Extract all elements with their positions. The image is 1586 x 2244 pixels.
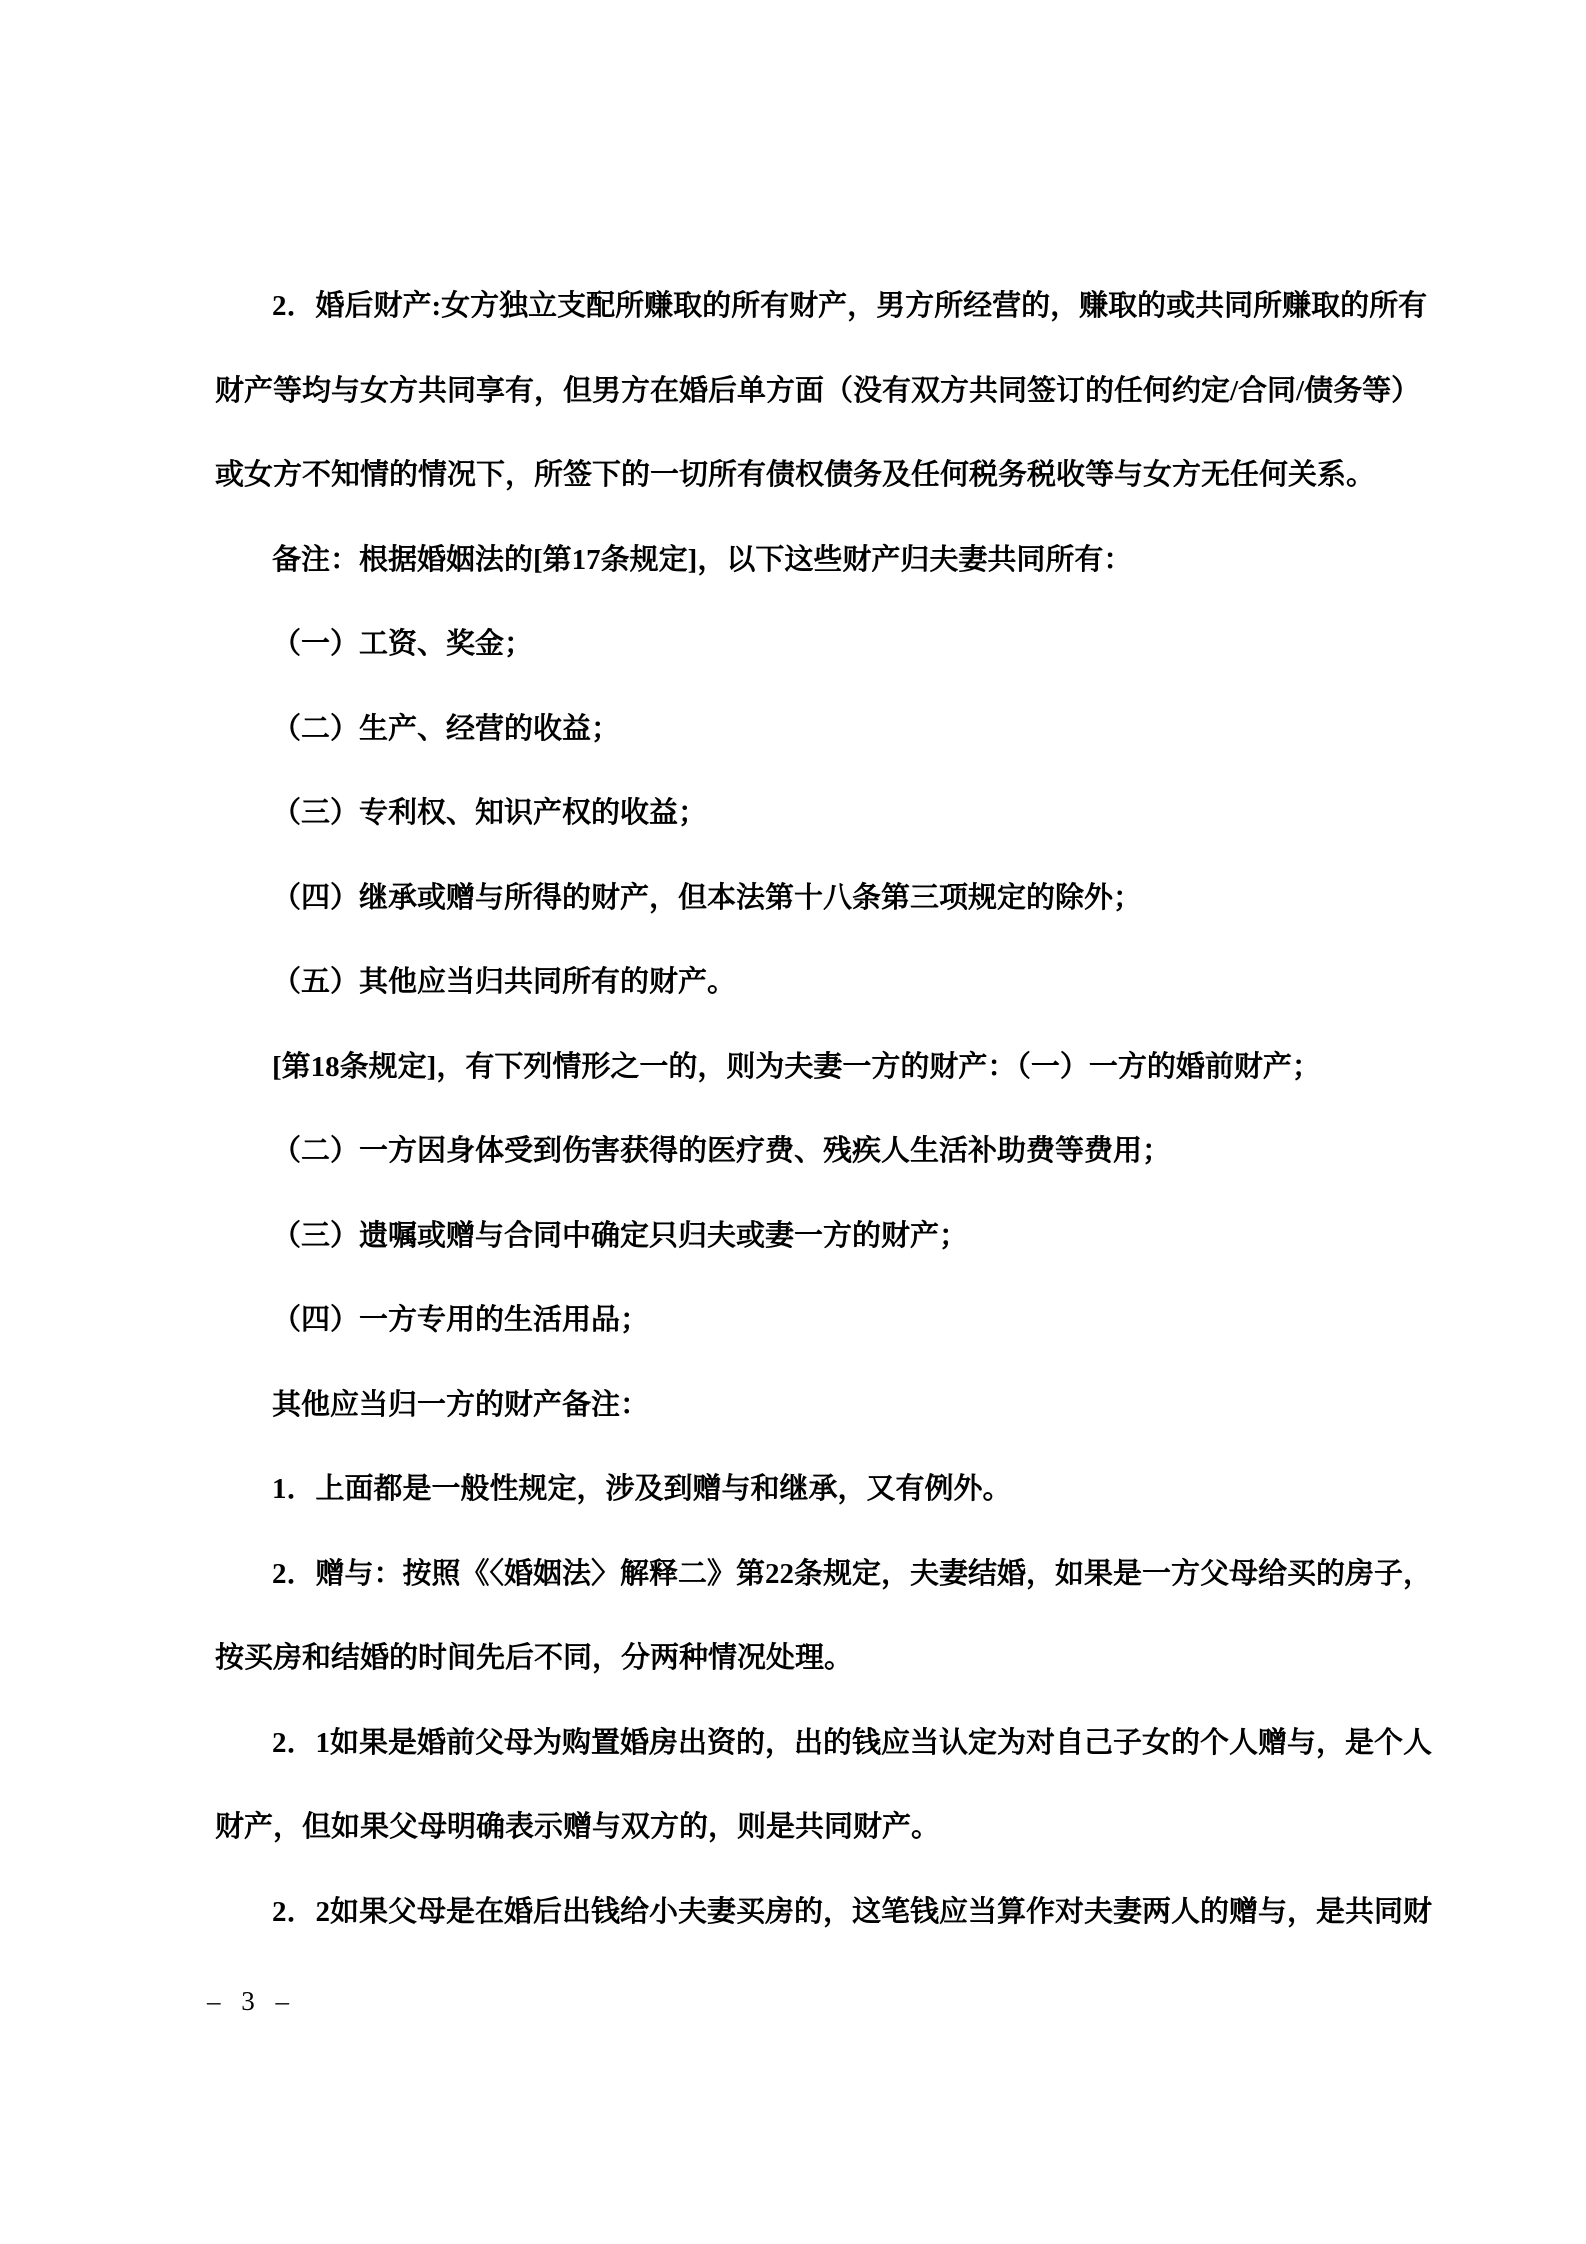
text-line: （一）工资、奖金； [215,602,1395,687]
text-line: （四）一方专用的生活用品； [215,1278,1395,1363]
text-line: 或女方不知情的情况下，所签下的一切所有债权债务及任何税务税收等与女方无任何关系。 [215,433,1395,518]
document-body: 2．婚后财产:女方独立支配所赚取的所有财产，男方所经营的，赚取的或共同所赚取的所… [215,264,1395,1954]
text-line: 财产等均与女方共同享有，但男方在婚后单方面（没有双方共同签订的任何约定/合同/债… [215,349,1395,434]
text-line: 备注：根据婚姻法的[第17条规定]，以下这些财产归夫妻共同所有： [215,518,1395,603]
text-line: 其他应当归一方的财产备注： [215,1363,1395,1448]
page-number: – 3 – [207,1986,289,2017]
text-line: 按买房和结婚的时间先后不同，分两种情况处理。 [215,1616,1395,1701]
document-page: 2．婚后财产:女方独立支配所赚取的所有财产，男方所经营的，赚取的或共同所赚取的所… [0,0,1586,2244]
text-line: （五）其他应当归共同所有的财产。 [215,940,1395,1025]
text-line: 2．婚后财产:女方独立支配所赚取的所有财产，男方所经营的，赚取的或共同所赚取的所… [215,264,1395,349]
text-line: [第18条规定]，有下列情形之一的，则为夫妻一方的财产：（一）一方的婚前财产； [215,1025,1395,1110]
text-line: （三）专利权、知识产权的收益； [215,771,1395,856]
text-line: （二）生产、经营的收益； [215,687,1395,772]
text-line: （二）一方因身体受到伤害获得的医疗费、残疾人生活补助费等费用； [215,1109,1395,1194]
text-line: 财产，但如果父母明确表示赠与双方的，则是共同财产。 [215,1785,1395,1870]
text-line: 2．赠与：按照《〈婚姻法〉解释二》第22条规定，夫妻结婚，如果是一方父母给买的房… [215,1532,1395,1617]
text-line: 1．上面都是一般性规定，涉及到赠与和继承，又有例外。 [215,1447,1395,1532]
text-line: 2．1如果是婚前父母为购置婚房出资的，出的钱应当认定为对自己子女的个人赠与，是个… [215,1701,1395,1786]
text-line: 2．2如果父母是在婚后出钱给小夫妻买房的，这笔钱应当算作对夫妻两人的赠与，是共同… [215,1870,1395,1955]
text-line: （三）遗嘱或赠与合同中确定只归夫或妻一方的财产； [215,1194,1395,1279]
text-line: （四）继承或赠与所得的财产，但本法第十八条第三项规定的除外； [215,856,1395,941]
